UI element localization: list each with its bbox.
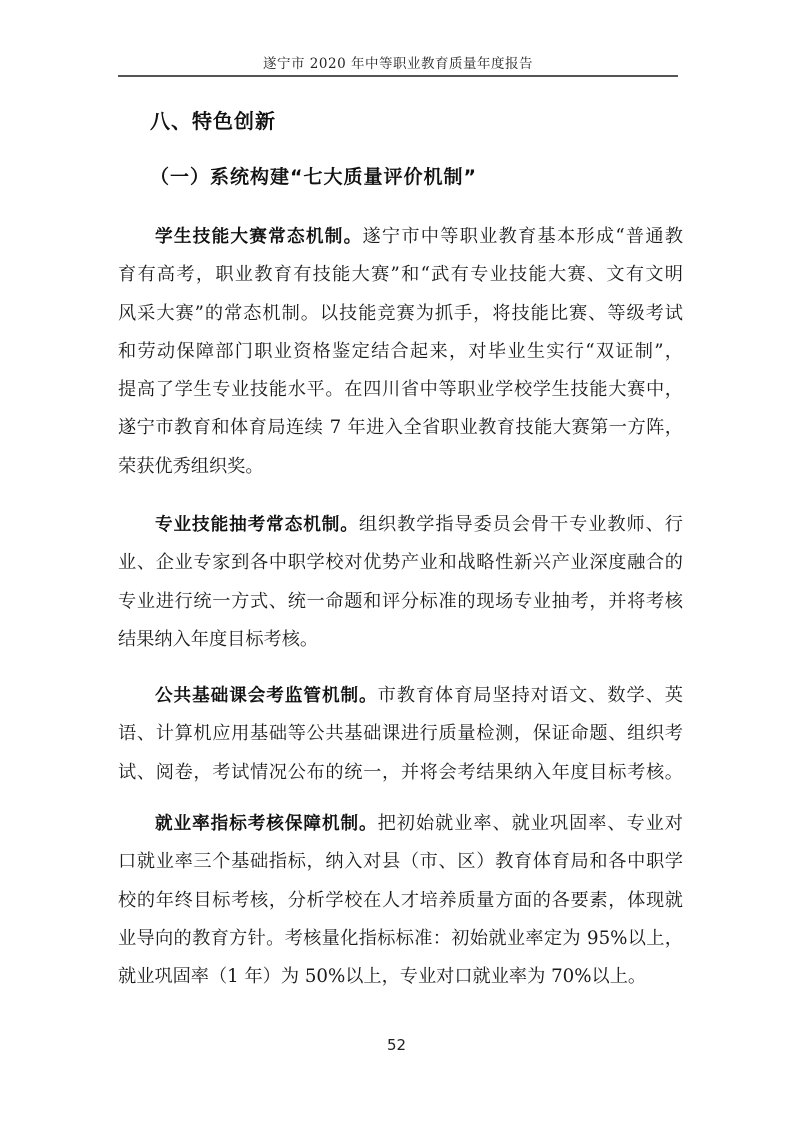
- paragraph-line: 业、企业专家到各中职学校对优势产业和战略性新兴产业深度融合的: [118, 544, 683, 582]
- paragraph-line: 专业进行统一方式、统一命题和评分标准的现场专业抽考，并将考核: [118, 583, 683, 621]
- paragraph-line: 专业技能抽考常态机制。组织教学指导委员会骨干专业教师、行: [118, 506, 683, 544]
- paragraph-lead: 学生技能大赛常态机制。: [155, 227, 362, 247]
- paragraph-skills-competition: 学生技能大赛常态机制。遂宁市中等职业教育基本形成“普通教 育有高考，职业教育有技…: [118, 218, 683, 486]
- paragraph-line: 语、计算机应用基础等公共基础课进行质量检测，保证命题、组织考: [118, 715, 683, 753]
- paragraph-line: 提高了学生专业技能水平。在四川省中等职业学校学生技能大赛中，: [118, 371, 683, 409]
- paragraph-line: 风采大赛”的常态机制。以技能竞赛为抓手，将技能比赛、等级考试: [118, 295, 683, 333]
- paragraph-line: 遂宁市教育和体育局连续 7 年进入全省职业教育技能大赛第一方阵，: [118, 409, 683, 447]
- paragraph-lead: 专业技能抽考常态机制。: [155, 515, 359, 535]
- paragraph-line: 结果纳入年度目标考核。: [118, 621, 683, 659]
- paragraph-line: 试、阅卷，考试情况公布的统一，并将会考结果纳入年度目标考核。: [118, 754, 683, 792]
- page-number: 52: [0, 1036, 793, 1054]
- paragraph-line: 就业率指标考核保障机制。把初始就业率、就业巩固率、专业对: [118, 805, 683, 843]
- paragraph-line: 育有高考，职业教育有技能大赛”和“武有专业技能大赛、文有文明: [118, 256, 683, 294]
- paragraph-line: 学生技能大赛常态机制。遂宁市中等职业教育基本形成“普通教: [118, 218, 683, 256]
- paragraph-line: 荣获优秀组织奖。: [118, 448, 683, 486]
- paragraph-lead: 公共基础课会考监管机制。: [155, 686, 378, 706]
- paragraph-skills-sampling: 专业技能抽考常态机制。组织教学指导委员会骨干专业教师、行 业、企业专家到各中职学…: [118, 506, 683, 659]
- paragraph-public-courses: 公共基础课会考监管机制。市教育体育局坚持对语文、数学、英 语、计算机应用基础等公…: [118, 677, 683, 792]
- paragraph-employment-rate: 就业率指标考核保障机制。把初始就业率、就业巩固率、专业对 口就业率三个基础指标，…: [118, 805, 683, 996]
- subsection-heading: （一）系统构建“七大质量评价机制”: [150, 162, 477, 189]
- paragraph-line: 业导向的教育方针。考核量化指标标准：初始就业率定为 95%以上，: [118, 920, 683, 958]
- header-divider: [118, 75, 678, 77]
- paragraph-line: 口就业率三个基础指标，纳入对县（市、区）教育体育局和各中职学: [118, 843, 683, 881]
- paragraph-line: 公共基础课会考监管机制。市教育体育局坚持对语文、数学、英: [118, 677, 683, 715]
- paragraph-lead: 就业率指标考核保障机制。: [155, 814, 378, 834]
- paragraph-line: 就业巩固率（1 年）为 50%以上，专业对口就业率为 70%以上。: [118, 958, 683, 996]
- paragraph-line: 和劳动保障部门职业资格鉴定结合起来，对毕业生实行“双证制”，: [118, 333, 683, 371]
- paragraph-line: 校的年终目标考核，分析学校在人才培养质量方面的各要素，体现就: [118, 882, 683, 920]
- running-header: 遂宁市 2020 年中等职业教育质量年度报告: [120, 52, 676, 72]
- section-heading: 八、特色创新: [150, 105, 276, 134]
